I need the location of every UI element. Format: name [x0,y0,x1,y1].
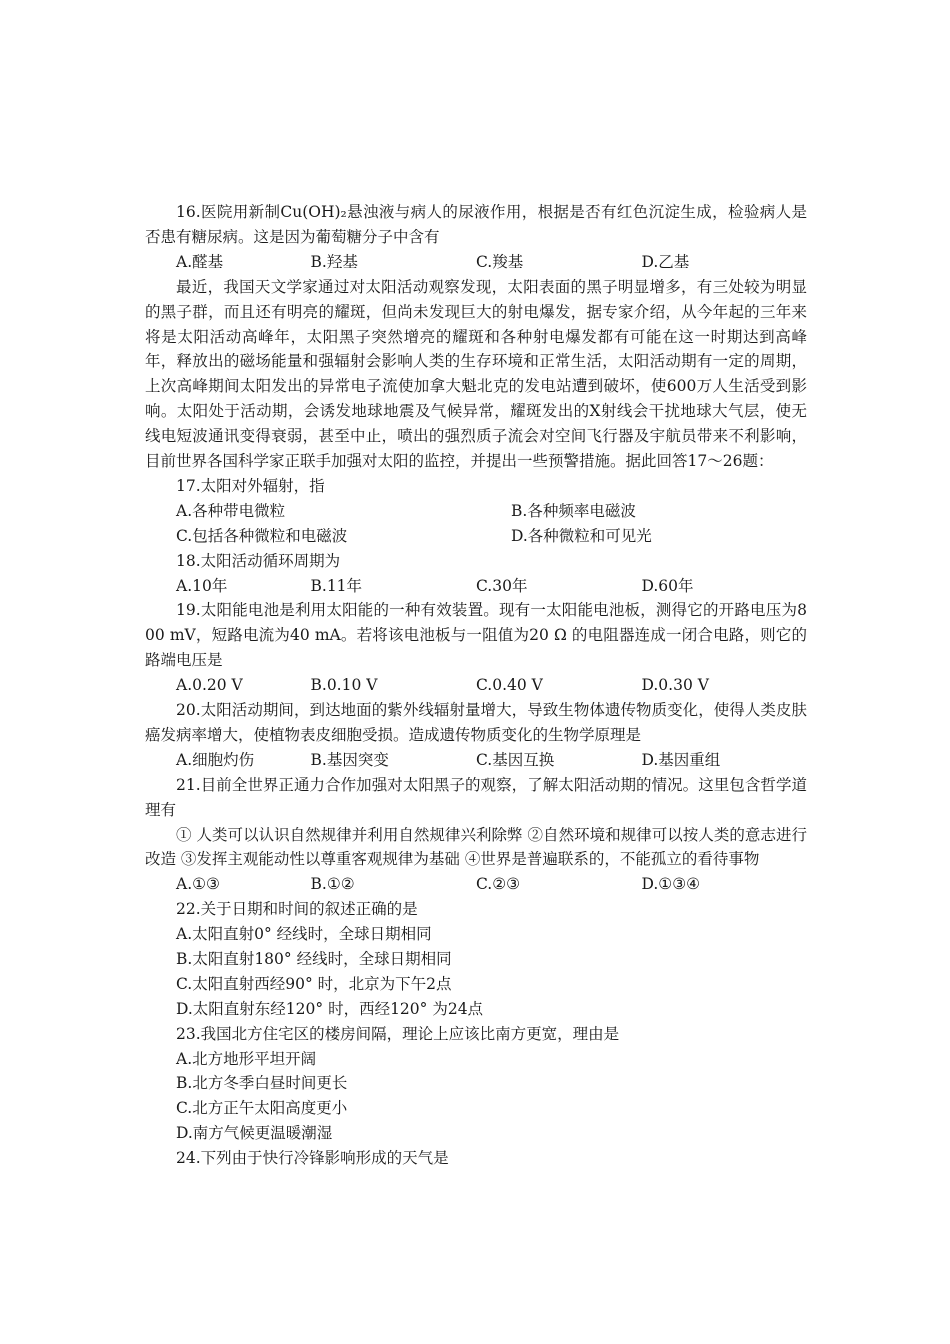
option-c: C.基因互换 [476,748,642,773]
question-16-options: A.醛基 B.羟基 C.羧基 D.乙基 [145,250,807,275]
question-17-stem: 17.太阳对外辐射，指 [145,474,807,499]
option-a: A.细胞灼伤 [176,748,311,773]
option-a: A.10年 [176,574,311,599]
question-17-options-row2: C.包括各种微粒和电磁波 D.各种微粒和可见光 [145,524,807,549]
question-19-stem: 19.太阳能电池是利用太阳能的一种有效装置。现有一太阳能电池板，测得它的开路电压… [145,598,807,673]
question-22-option-b: B.太阳直射180° 经线时，全球日期相同 [145,947,807,972]
option-d: D.①③④ [642,872,808,897]
option-b: B.①② [311,872,477,897]
option-d: D.60年 [642,574,808,599]
question-23-option-d: D.南方气候更温暖潮湿 [145,1121,807,1146]
option-a: A.①③ [176,872,311,897]
option-d: D.基因重组 [642,748,808,773]
question-19-options: A.0.20 V B.0.10 V C.0.40 V D.0.30 V [145,673,807,698]
question-22-option-a: A.太阳直射0° 经线时，全球日期相同 [145,922,807,947]
question-18-options: A.10年 B.11年 C.30年 D.60年 [145,574,807,599]
option-a: A.醛基 [176,250,311,275]
option-b: B.11年 [311,574,477,599]
option-c: C.0.40 V [476,673,642,698]
question-24-stem: 24.下列由于快行冷锋影响形成的天气是 [145,1146,807,1171]
option-c: C.30年 [476,574,642,599]
option-d: D.0.30 V [642,673,808,698]
option-b: B.0.10 V [311,673,477,698]
question-20-stem: 20.太阳活动期间，到达地面的紫外线辐射量增大，导致生物体遗传物质变化，使得人类… [145,698,807,748]
option-d: D.各种微粒和可见光 [511,524,652,549]
option-a: A.各种带电微粒 [176,499,511,524]
option-b: B.各种频率电磁波 [511,499,636,524]
question-21-statements: ① 人类可以认识自然规律并利用自然规律兴利除弊 ②自然环境和规律可以按人类的意志… [145,823,807,873]
question-22-option-d: D.太阳直射东经120° 时，西经120° 为24点 [145,997,807,1022]
question-18-stem: 18.太阳活动循环周期为 [145,549,807,574]
option-c: C.②③ [476,872,642,897]
question-20-options: A.细胞灼伤 B.基因突变 C.基因互换 D.基因重组 [145,748,807,773]
option-a: A.0.20 V [176,673,311,698]
question-16-stem: 16.医院用新制Cu(OH)₂悬浊液与病人的尿液作用，根据是否有红色沉淀生成，检… [145,200,807,250]
reading-passage: 最近，我国天文学家通过对太阳活动观察发现，太阳表面的黑子明显增多，有三处较为明显… [145,275,807,474]
question-21-stem: 21.目前全世界正通力合作加强对太阳黑子的观察，了解太阳活动期的情况。这里包含哲… [145,773,807,823]
question-23-option-a: A.北方地形平坦开阔 [145,1047,807,1072]
question-23-stem: 23.我国北方住宅区的楼房间隔，理论上应该比南方更宽，理由是 [145,1022,807,1047]
question-22-option-c: C.太阳直射西经90° 时，北京为下午2点 [145,972,807,997]
option-c: C.羧基 [476,250,642,275]
question-23-option-c: C.北方正午太阳高度更小 [145,1096,807,1121]
exam-page: 16.医院用新制Cu(OH)₂悬浊液与病人的尿液作用，根据是否有红色沉淀生成，检… [145,200,807,1171]
option-d: D.乙基 [642,250,808,275]
question-23-option-b: B.北方冬季白昼时间更长 [145,1071,807,1096]
question-21-options: A.①③ B.①② C.②③ D.①③④ [145,872,807,897]
question-17-options-row1: A.各种带电微粒 B.各种频率电磁波 [145,499,807,524]
option-b: B.羟基 [311,250,477,275]
option-b: B.基因突变 [311,748,477,773]
question-22-stem: 22.关于日期和时间的叙述正确的是 [145,897,807,922]
option-c: C.包括各种微粒和电磁波 [176,524,511,549]
